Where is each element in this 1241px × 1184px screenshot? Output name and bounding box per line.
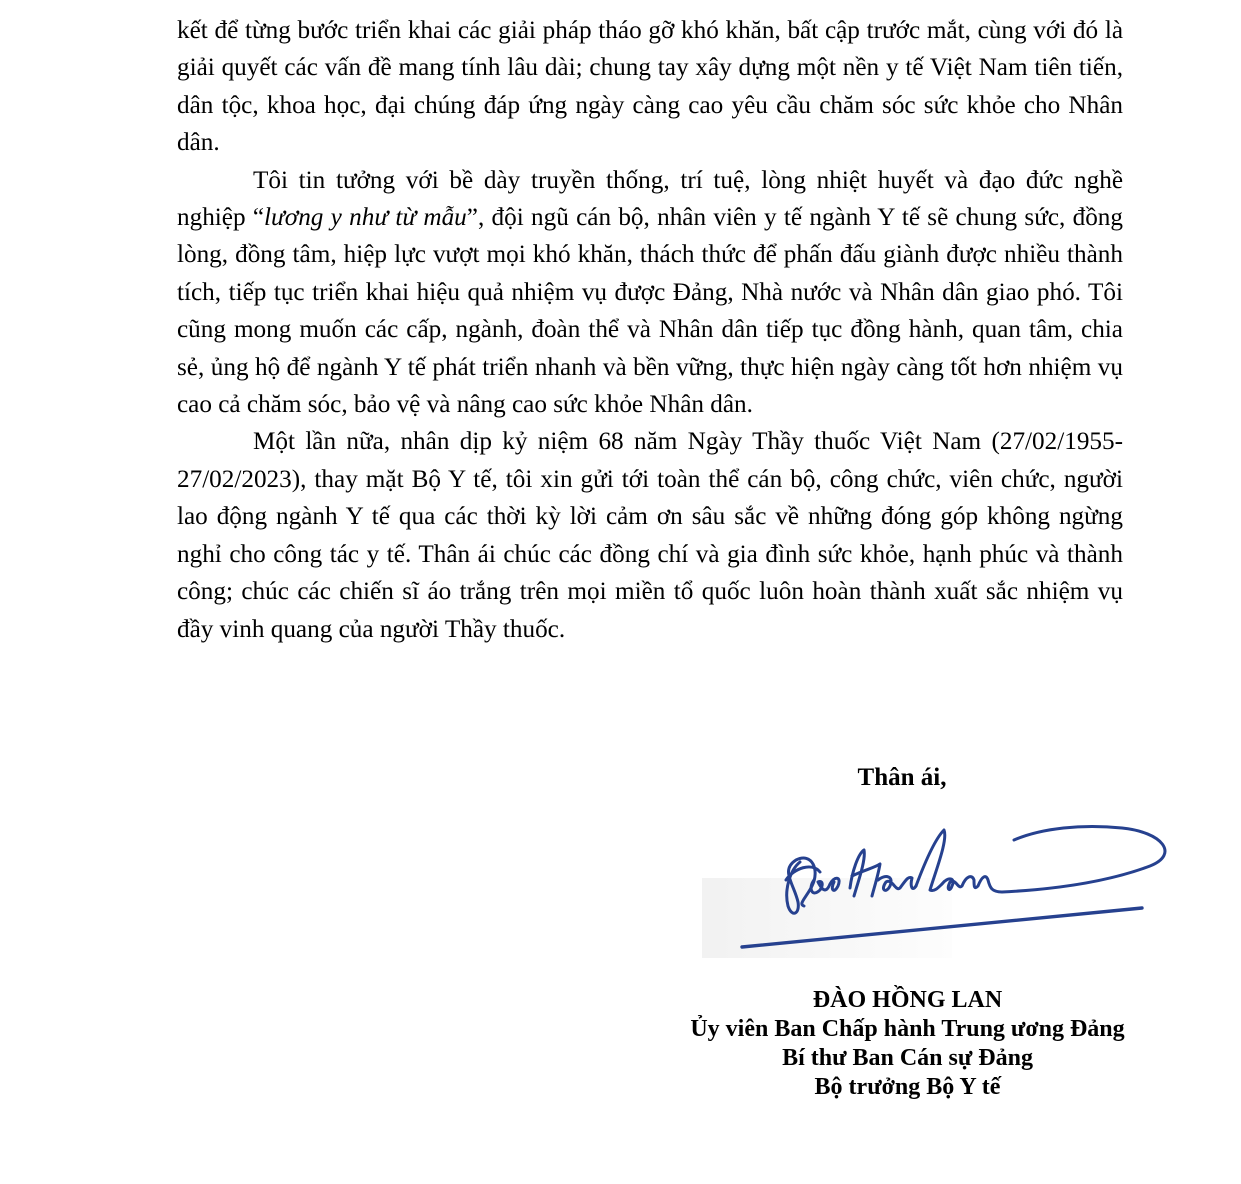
- signer-title-2: Bí thư Ban Cán sự Đảng: [660, 1044, 1155, 1073]
- signature: [702, 810, 1172, 958]
- signer-block: ĐÀO HỒNG LAN Ủy viên Ban Chấp hành Trung…: [660, 986, 1155, 1102]
- paragraph-2: Tôi tin tưởng với bề dày truyền thống, t…: [177, 162, 1123, 424]
- letter-body: kết để từng bước triển khai các giải phá…: [177, 12, 1123, 648]
- signer-name: ĐÀO HỒNG LAN: [660, 986, 1155, 1015]
- quote-luong-y: lương y như từ mẫu: [264, 204, 467, 231]
- signature-icon: [702, 810, 1172, 958]
- closing-salutation: Thân ái,: [802, 760, 1002, 796]
- paragraph-3: Một lần nữa, nhân dịp kỷ niệm 68 năm Ngà…: [177, 423, 1123, 647]
- paragraph-1: kết để từng bước triển khai các giải phá…: [177, 12, 1123, 162]
- signer-title-3: Bộ trưởng Bộ Y tế: [660, 1073, 1155, 1102]
- paragraph-2-after: ”, đội ngũ cán bộ, nhân viên y tế ngành …: [177, 204, 1123, 418]
- signer-title-1: Ủy viên Ban Chấp hành Trung ương Đảng: [660, 1015, 1155, 1044]
- document-page: kết để từng bước triển khai các giải phá…: [0, 0, 1241, 1184]
